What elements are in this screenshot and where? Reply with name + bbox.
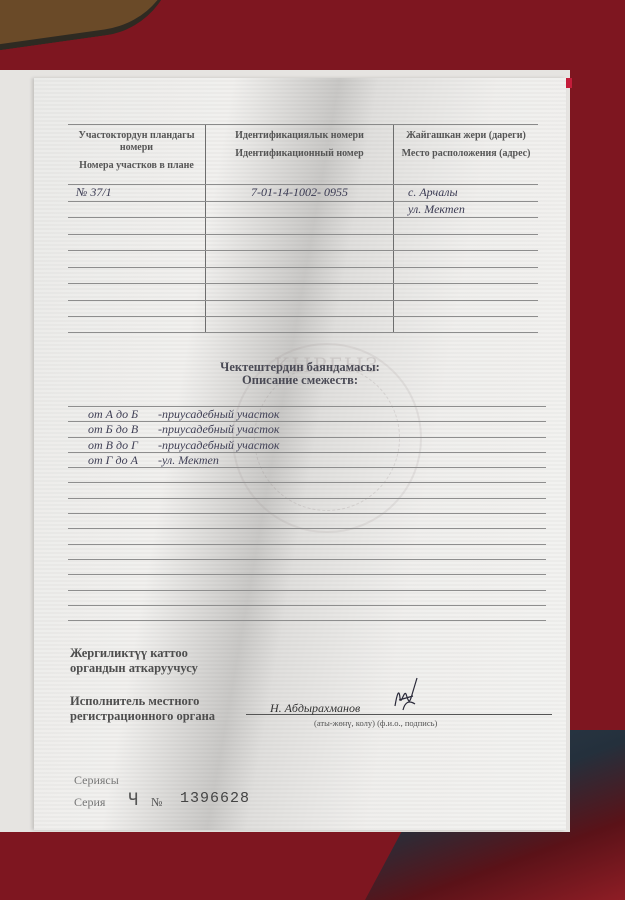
adjacency-row [68, 482, 546, 497]
adjacency-segment [68, 483, 158, 497]
number-sign: № [151, 795, 162, 810]
header-location: Жайгашкан жери (дареги) Место расположен… [394, 125, 538, 184]
id-number-cell [206, 268, 394, 284]
id-number-cell [206, 301, 394, 317]
id-number-cell [206, 284, 394, 300]
table-row [68, 250, 538, 267]
adjacency-title-ru: Описание смежеств: [34, 374, 566, 387]
adjacency-row: от В до Г-приусадебный участок [68, 437, 546, 452]
adjacency-description: -ул. Мектеп [158, 453, 219, 467]
table-row: № 37/17-01-14-1002- 0955с. Арчалы [68, 184, 538, 201]
location-cell [394, 218, 538, 234]
series-label-kg: Сериясы [74, 773, 119, 788]
executor-label-ru: Исполнитель местного регистрационного ор… [70, 694, 215, 724]
plan-number-cell [68, 218, 206, 234]
certificate-page: Участоктордун пландагы номери Номера уча… [34, 78, 566, 830]
executor-kg-line2: органдын аткаруучусу [70, 661, 198, 676]
adjacency-row: от А до Б-приусадебный участок [68, 406, 546, 421]
adjacency-segment [68, 514, 158, 528]
series-number: 1396628 [180, 790, 250, 807]
adjacency-description: -приусадебный участок [158, 407, 280, 421]
id-number-cell [206, 235, 394, 251]
plan-number-cell [68, 284, 206, 300]
plan-number-cell [68, 235, 206, 251]
adjacency-segment [68, 575, 158, 589]
table-row [68, 234, 538, 251]
location-cell: с. Арчалы [394, 185, 538, 201]
header-kg: Участоктордун пландагы номери [68, 130, 205, 154]
adjacency-segment [68, 499, 158, 513]
id-number-cell [206, 202, 394, 218]
plan-number-cell [68, 268, 206, 284]
id-number-cell [206, 317, 394, 332]
table-row [68, 316, 538, 333]
table-row [68, 283, 538, 300]
executor-ru-line2: регистрационного органа [70, 709, 215, 724]
location-cell: ул. Мектеп [394, 202, 538, 218]
adjacency-row [68, 498, 546, 513]
adjacency-segment [68, 621, 158, 635]
location-cell [394, 317, 538, 332]
adjacency-row [68, 544, 546, 559]
plan-number-cell [68, 301, 206, 317]
plan-number-cell [68, 251, 206, 267]
series-label-ru: Серия [74, 795, 105, 810]
adjacency-segment [68, 529, 158, 543]
plan-number-cell: № 37/1 [68, 185, 206, 201]
adjacency-row [68, 590, 546, 605]
id-number-cell [206, 251, 394, 267]
adjacency-row [68, 574, 546, 589]
header-id-number: Идентификациялык номери Идентификационны… [206, 125, 394, 184]
header-ru: Идентификационный номер [206, 148, 393, 160]
adjacency-row [68, 559, 546, 574]
location-cell [394, 235, 538, 251]
header-kg: Жайгашкан жери (дареги) [394, 130, 538, 142]
table-row [68, 267, 538, 284]
location-cell [394, 301, 538, 317]
adjacency-segment [68, 468, 158, 482]
signature-caption: (аты-жөнү, колу) (ф.и.о., подпись) [314, 718, 437, 728]
table-row [68, 217, 538, 234]
table-header: Участоктордун пландагы номери Номера уча… [68, 124, 538, 184]
header-ru: Место расположения (адрес) [394, 148, 538, 160]
adjacency-segment: от Г до А [68, 453, 158, 467]
signature-icon [391, 676, 421, 714]
series-letter: Ч [128, 790, 138, 810]
adjacency-description: -приусадебный участок [158, 438, 280, 452]
adjacency-row [68, 605, 546, 620]
adjacency-row [68, 513, 546, 528]
adjacency-title: Чектештердин баяндамасы: Описание смежес… [34, 361, 566, 387]
adjacency-description: -приусадебный участок [158, 422, 280, 436]
table-body: № 37/17-01-14-1002- 0955с. Арчалыул. Мек… [68, 184, 538, 333]
header-plan-number: Участоктордун пландагы номери Номера уча… [68, 125, 206, 184]
executor-kg-line1: Жергиликтүү каттоо [70, 646, 198, 661]
executor-label-kg: Жергиликтүү каттоо органдын аткаруучусу [70, 646, 198, 676]
id-number-cell [206, 218, 394, 234]
adjacency-list: от А до Б-приусадебный участокот Б до В-… [68, 406, 546, 635]
signer-name: Н. Абдырахманов [270, 701, 360, 716]
adjacency-segment: от В до Г [68, 438, 158, 452]
plan-number-cell [68, 202, 206, 218]
adjacency-segment [68, 560, 158, 574]
plan-number-cell [68, 317, 206, 332]
adjacency-row [68, 467, 546, 482]
adjacency-row: от Б до В-приусадебный участок [68, 421, 546, 436]
adjacency-segment [68, 606, 158, 620]
location-cell [394, 251, 538, 267]
adjacency-row: от Г до А-ул. Мектеп [68, 452, 546, 467]
header-kg: Идентификациялык номери [206, 130, 393, 142]
adjacency-segment: от А до Б [68, 407, 158, 421]
location-cell [394, 268, 538, 284]
adjacency-row [68, 528, 546, 543]
table-row: ул. Мектеп [68, 201, 538, 218]
background-furniture [0, 0, 184, 55]
adjacency-segment [68, 545, 158, 559]
adjacency-row [68, 620, 546, 635]
table-row [68, 300, 538, 317]
location-cell [394, 284, 538, 300]
id-number-cell: 7-01-14-1002- 0955 [206, 185, 394, 201]
header-ru: Номера участков в плане [68, 160, 205, 172]
executor-ru-line1: Исполнитель местного [70, 694, 215, 709]
adjacency-segment [68, 591, 158, 605]
adjacency-segment: от Б до В [68, 422, 158, 436]
parcel-table: Участоктордун пландагы номери Номера уча… [68, 124, 538, 333]
